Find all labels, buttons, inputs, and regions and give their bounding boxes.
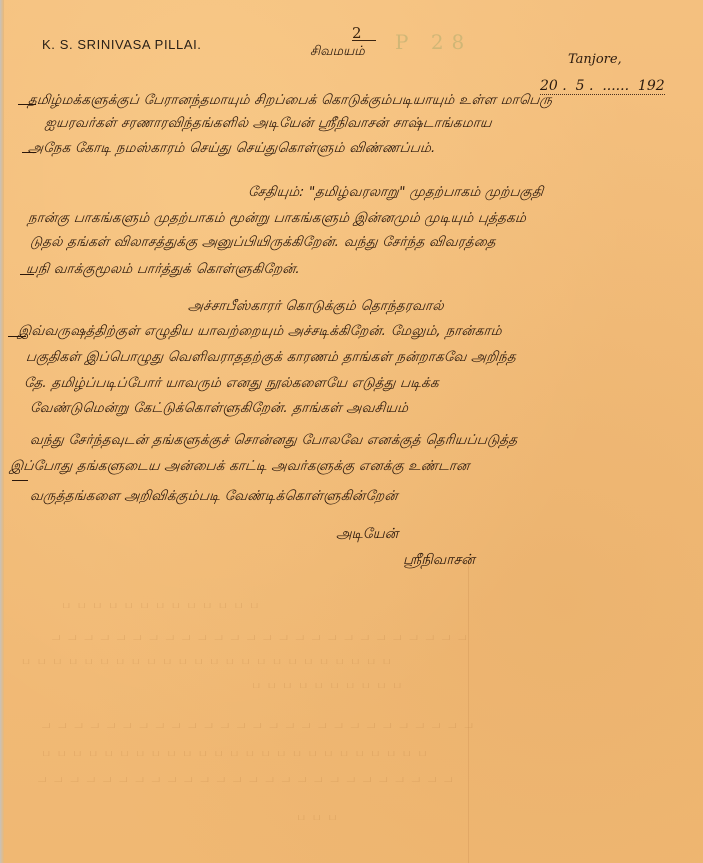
signature-closing: அடியேன்	[336, 526, 398, 544]
invocation-heading: சிவமயம்	[310, 44, 365, 60]
flourish-stroke	[8, 336, 26, 337]
body-line: இப்போது தங்களுடைய அன்பைக் காட்டி அவர்களு…	[9, 458, 470, 476]
body-line: வருத்தங்களை அறிவிக்கும்படி வேண்டிக்கொள்ள…	[29, 488, 399, 506]
bleed-line: ப ப ப	[295, 810, 337, 825]
body-line: சேதியும்: "தமிழ்வரலாறு" முதற்பாகம் முற்ப…	[247, 184, 544, 202]
bleed-line: ட ட ட ட ட ட ட ட ட ட ட ட ட ட ட ட ட ட ட ட …	[36, 772, 453, 787]
body-line: வந்து சேர்ந்தவுடன் தங்களுக்குச் சொன்னது …	[29, 432, 518, 450]
bleed-line: ப ப ப ப ப ப ப ப ப ப ப ப ப	[60, 598, 258, 613]
bleed-line: ட ட ட ட ட ட ட ட ட ட ட ட ட ட ட ட ட ட ட ட …	[50, 630, 467, 645]
place-name: Tanjore,	[568, 52, 622, 67]
body-line: ஐயரவர்கள் சரணாரவிந்தங்களில் அடியேன் ஸ்ரீ…	[44, 115, 493, 133]
paper-fold	[468, 560, 469, 863]
flourish-stroke	[20, 274, 34, 275]
bleed-line: ப ப ப ப ப ப ப ப ப ப ப ப ப ப ப ப ப ப ப ப …	[20, 654, 391, 669]
body-line: தமிழ்மக்களுக்குப் பேரானந்தமாயும் சிறப்பை…	[27, 92, 553, 110]
paper-edge	[0, 0, 4, 863]
body-line: நான்கு பாகங்களும் முதற்பாகம் மூன்று பாகங…	[27, 210, 527, 228]
body-line: அநேக கோடி நமஸ்காரம் செய்து செய்துகொள்ளும…	[27, 140, 437, 158]
body-line: அச்சாபீஸ்காரர் கொடுக்கும் தொந்தரவால்	[187, 298, 445, 316]
bleed-line: ப ப ப ப ப ப ப ப ப ப ப ப ப ப ப ப ப ப ப ப …	[40, 746, 427, 761]
body-line: வேண்டுமென்று கேட்டுக்கொள்ளுகிறேன். தாங்க…	[29, 400, 409, 418]
bleed-line: ட ட ட ட ட ட ட ட ட ட ட ட ட ட ட ட ட ட ட ட …	[40, 718, 473, 733]
flourish-stroke	[22, 152, 36, 153]
body-line: பகுதிகள் இப்பொழுது வெளிவராததற்குக் காரணம…	[25, 349, 517, 367]
letterhead-name: K. S. SRINIVASA PILLAI.	[42, 37, 202, 52]
body-line: இவ்வருஷத்திற்குள் எழுதிய யாவற்றையும் அச்…	[17, 323, 503, 341]
faded-stamp: P 28	[395, 30, 472, 54]
signature-name: ஸ்ரீநிவாசன்	[403, 552, 475, 570]
flourish-stroke	[18, 104, 36, 105]
body-line: யநி வாக்குமூலம் பார்த்துக் கொள்ளுகிறேன்.	[25, 261, 301, 279]
body-line: தே. தமிழ்ப்படிப்போர் யாவரும் எனது நூல்கள…	[23, 375, 440, 393]
letter-date: 20 . 5 . ...... 192	[540, 78, 665, 95]
page-number: 2	[352, 26, 376, 41]
bleed-line: ப ப ப ப ப ப ப ப ப ப	[250, 678, 401, 693]
flourish-stroke	[12, 480, 28, 481]
body-line: டுதல் தங்கள் விலாசத்துக்கு அனுப்பியிருக்…	[29, 234, 497, 252]
